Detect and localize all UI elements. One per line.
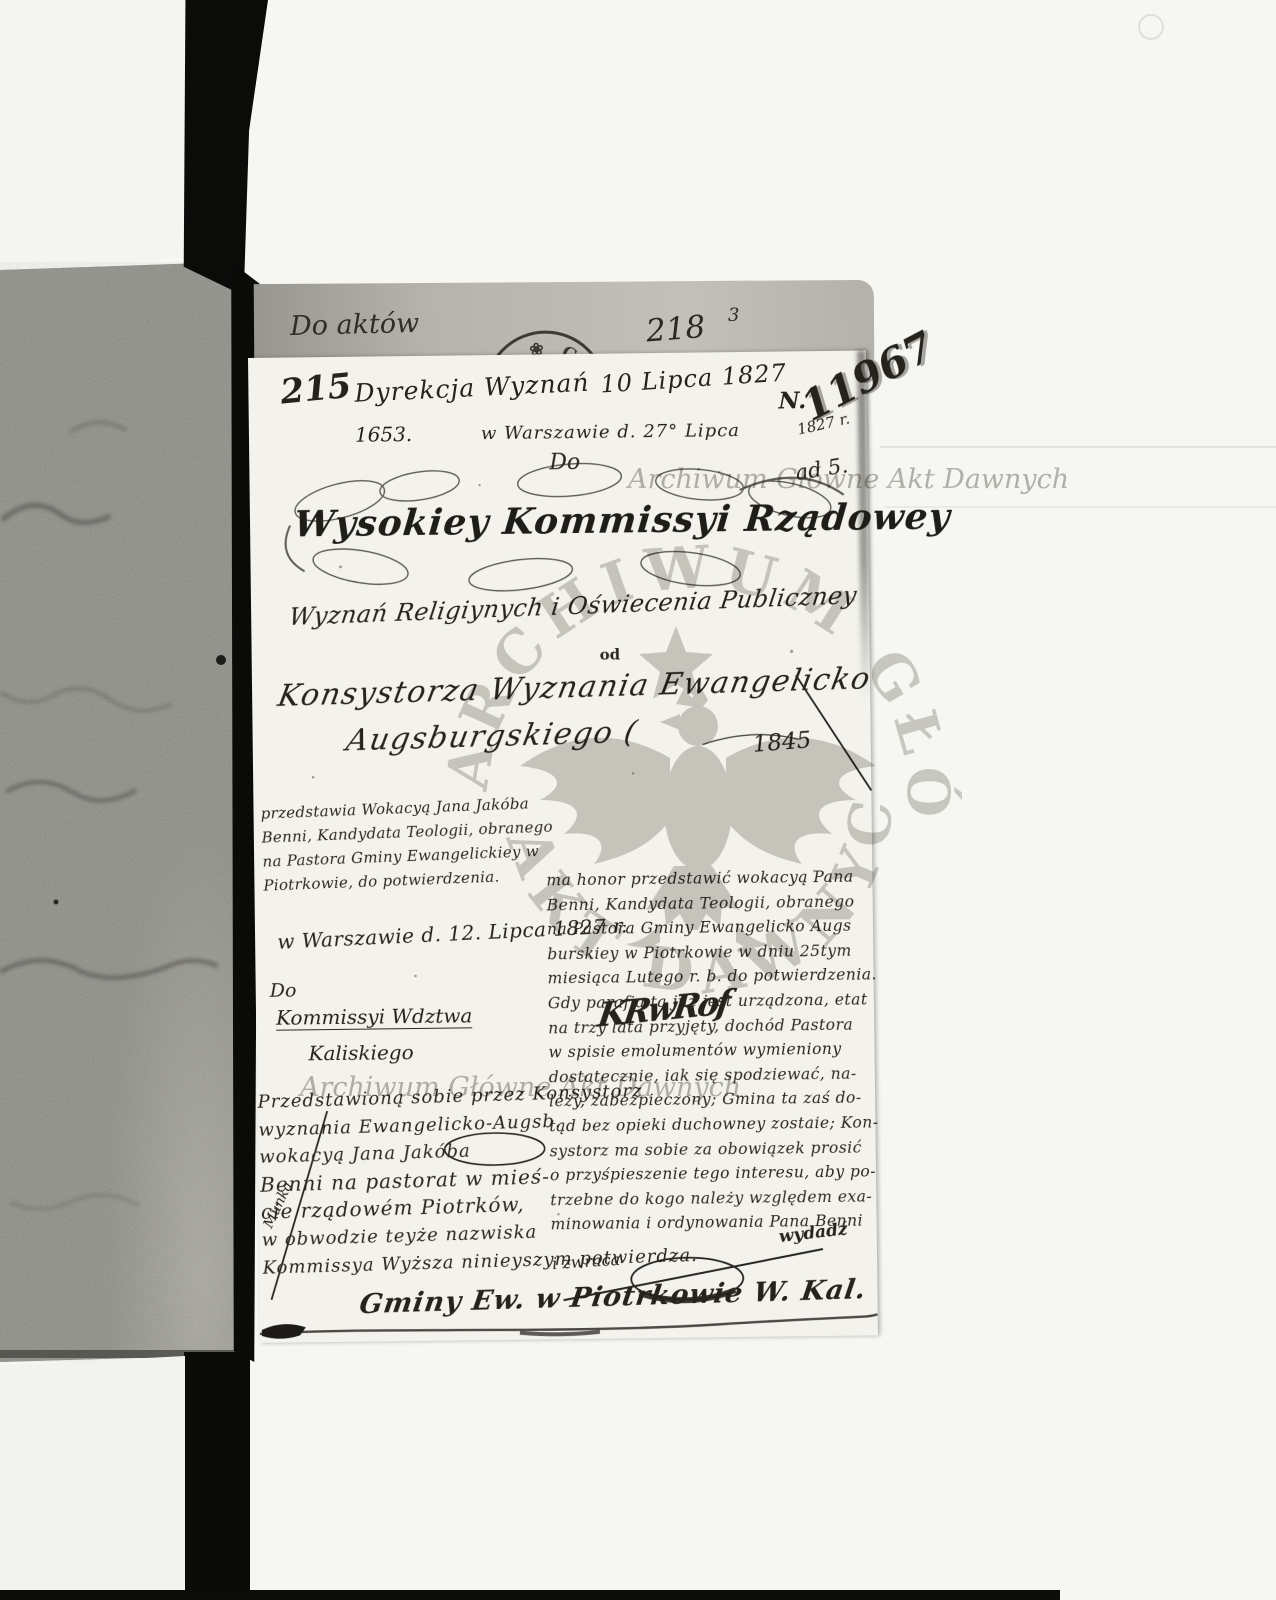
background-crease-line [880,446,1276,448]
header-dateline: w Warszawie d. 27° Lipca [481,420,740,444]
main-page: 215 Dyrekcja Wyznań 10 Lipca 1827 N. 119… [248,350,878,1342]
strip-filing-note: Do aktów [290,308,420,342]
scanned-archival-document: Do aktów C ❀ G 218 3 215 Dyrekcja Wyznań… [0,0,1276,1600]
card-top-left [0,0,188,278]
bottom-left-page [0,1356,185,1600]
header-office: Dyrekcja Wyznań [354,368,590,408]
bottom-signature-line: Gminy Ew. w Piotrkowie W. Kal. [357,1274,868,1320]
margin-note: przedstawia Wokacyą Jana Jakóba Benni, K… [260,791,549,898]
header-do-label: Do [549,450,580,475]
resolution-paragraph: Przedstawioną sobie przez Konsystorz wyz… [257,1079,593,1282]
gutter-shadow-top [182,0,268,290]
crossed-year: 1845 [752,727,812,758]
gutter-shadow-bottom [184,1352,250,1600]
body-line: ma honor przedstawić wokacyą Pana [546,864,876,893]
od-label: od [600,645,621,663]
body-line: tąd bez opieki duchowney zostaie; Kon- [549,1110,879,1139]
header-date-received: 10 Lipca 1827 [600,359,788,399]
sender-line1: Konsystorza Wyznania Ewangelicko [275,661,874,714]
watermark-text-top: Archiwum Główne Akt Dawnych [628,464,1069,495]
addressee-line1: Kommissyi Wdztwa [276,1003,473,1030]
strip-page-number: 218 [645,309,707,349]
verso-page [0,262,242,1362]
subtitle-line: Wyznań Religiynych i Oświecenia Publiczn… [287,581,858,631]
addressee-line2: Kaliskiego [308,1040,413,1065]
i-zwraca: i zwraca [552,1250,621,1273]
header-file-number: 1653. [355,422,413,447]
sender-line2: Augsburgskiego ( [344,715,641,759]
resolution-do-label: Do [270,979,297,1001]
body-line: o przyśpieszenie tego interesu, aby po- [550,1159,880,1188]
header-doc-number: 215 [279,366,354,413]
strip-page-number-sup: 3 [728,305,740,326]
bottom-edge-strip [0,1590,1060,1600]
page-title: Wysokiey Kommissyi Rządowey [292,495,952,545]
body-line: w spisie emolumentów wymieniony [548,1037,878,1066]
watermark-text-bottom: Archiwum Główne Akt Dawnych [300,1072,741,1103]
corner-ring-mark [1138,14,1164,40]
